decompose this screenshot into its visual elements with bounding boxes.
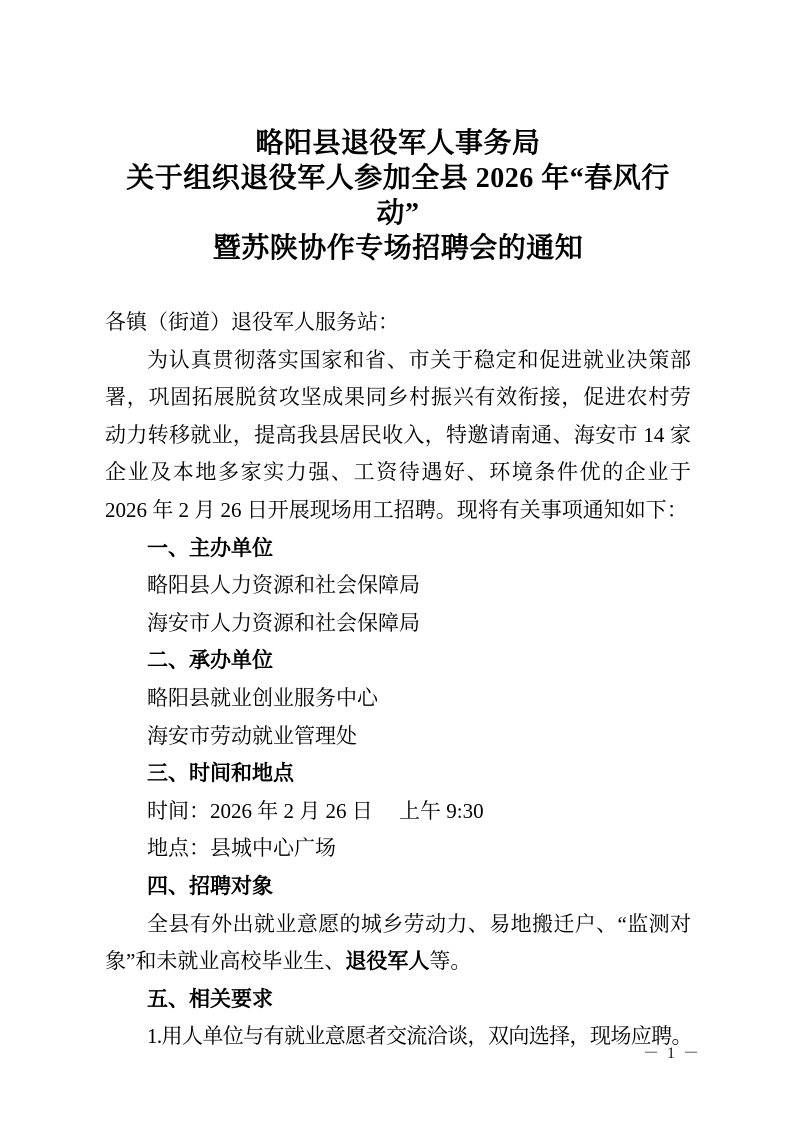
title-line-2: 关于组织退役军人参加全县 2026 年“春风行动” (105, 161, 691, 231)
section-2-line: 海安市劳动就业管理处 (105, 718, 691, 756)
intro-paragraph: 为认真贯彻落实国家和省、市关于稳定和促进就业决策部署，巩固拓展脱贫攻坚成果同乡村… (105, 342, 691, 530)
title-line-3: 暨苏陕协作专场招聘会的通知 (105, 231, 691, 266)
title-line-1: 略阳县退役军人事务局 (105, 126, 691, 161)
section-5-line: 1.用人单位与有就业意愿者交流洽谈，双向选择，现场应聘。 (105, 1018, 691, 1056)
document-body: 各镇（街道）退役军人服务站： 为认真贯彻落实国家和省、市关于稳定和促进就业决策部… (105, 304, 691, 1056)
section-2-heading: 二、承办单位 (105, 642, 691, 680)
section-2-line: 略阳县就业创业服务中心 (105, 680, 691, 718)
section-5-heading: 五、相关要求 (105, 981, 691, 1019)
target-text-after: 等。 (429, 949, 471, 973)
section-1-line: 略阳县人力资源和社会保障局 (105, 567, 691, 605)
target-text-bold: 退役军人 (345, 949, 429, 973)
page-number: － 1 － (643, 1040, 701, 1063)
section-1-line: 海安市人力资源和社会保障局 (105, 605, 691, 643)
section-4-heading: 四、招聘对象 (105, 868, 691, 906)
document-title: 略阳县退役军人事务局 关于组织退役军人参加全县 2026 年“春风行动” 暨苏陕… (105, 126, 691, 266)
salutation: 各镇（街道）退役军人服务站： (105, 304, 691, 342)
section-3-line-place: 地点：县城中心广场 (105, 830, 691, 868)
document-page: 略阳县退役军人事务局 关于组织退役军人参加全县 2026 年“春风行动” 暨苏陕… (0, 0, 793, 1122)
section-1-heading: 一、主办单位 (105, 530, 691, 568)
section-4-paragraph: 全县有外出就业意愿的城乡劳动力、易地搬迁户、“监测对象”和未就业高校毕业生、退役… (105, 906, 691, 981)
document-content: 略阳县退役军人事务局 关于组织退役军人参加全县 2026 年“春风行动” 暨苏陕… (105, 126, 691, 1056)
section-3-heading: 三、时间和地点 (105, 755, 691, 793)
section-3-line-time: 时间：2026 年 2 月 26 日 上午 9:30 (105, 793, 691, 831)
